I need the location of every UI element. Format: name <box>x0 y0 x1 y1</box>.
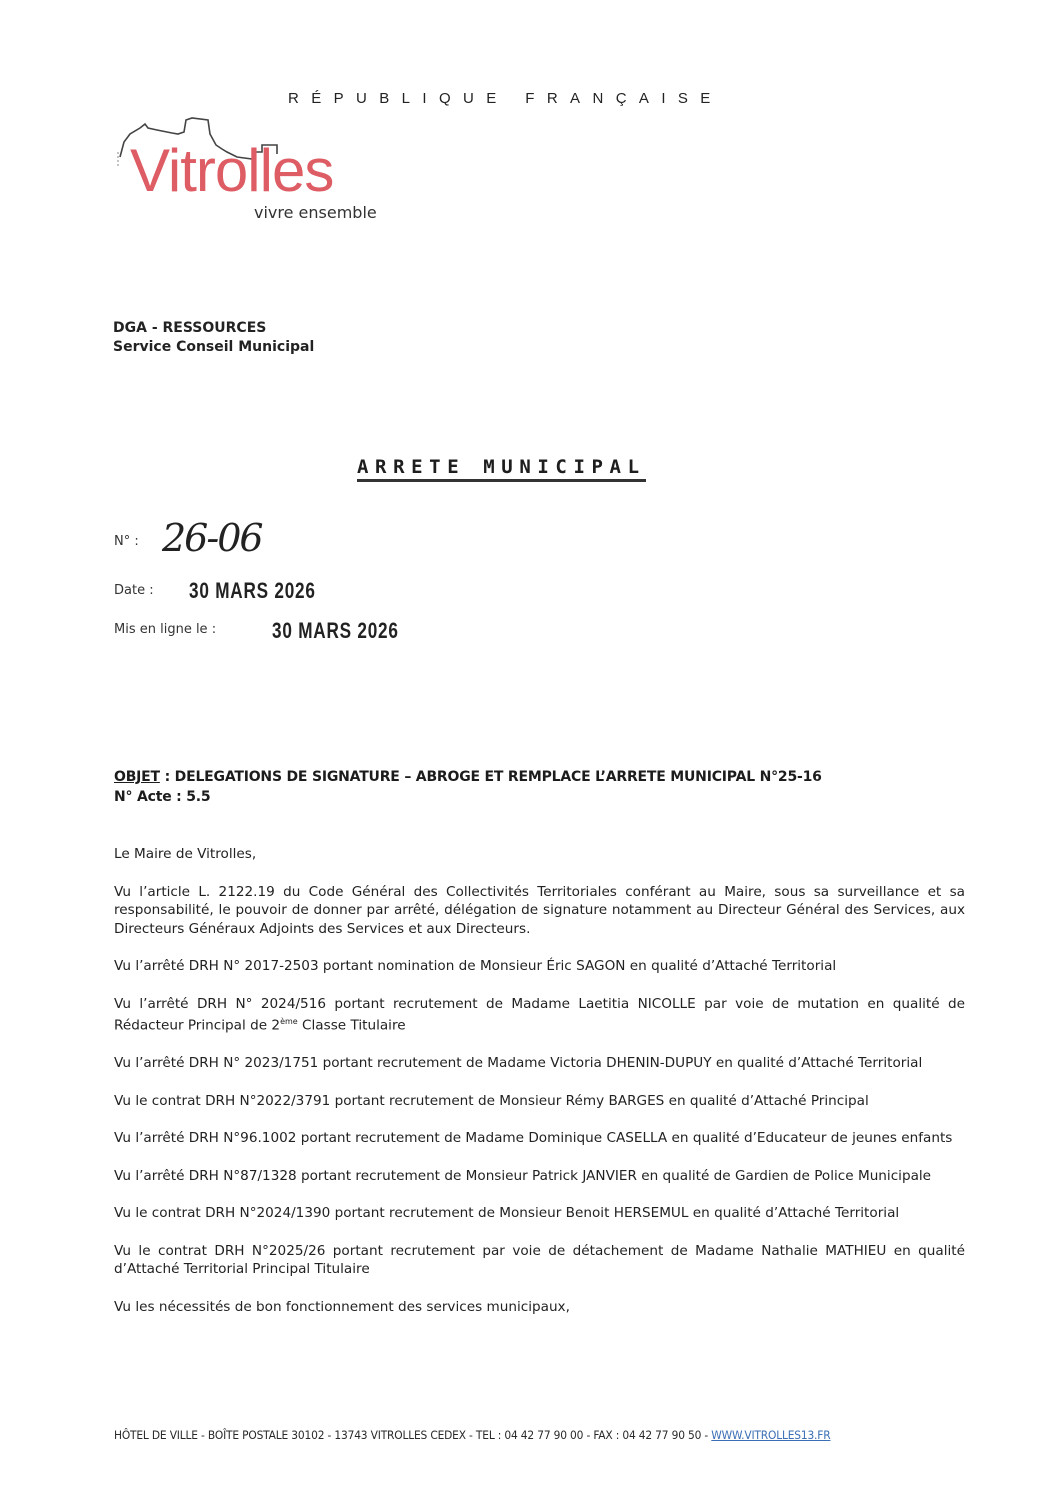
service-line-2: Service Conseil Municipal <box>113 338 314 357</box>
logo-wordmark: Vitrolles <box>130 136 333 205</box>
footer-address: HÔTEL DE VILLE - BOÎTE POSTALE 30102 - 1… <box>114 1428 830 1442</box>
online-label: Mis en ligne le : <box>114 622 216 637</box>
body-paragraph: Vu l’arrêté DRH N°96.1002 portant recrut… <box>114 1129 965 1148</box>
service-line-1: DGA - RESSOURCES <box>113 319 314 338</box>
body-paragraph: Vu le contrat DRH N°2025/26 portant recr… <box>114 1242 965 1279</box>
number-handwritten: 26-06 <box>162 516 262 560</box>
body-paragraph: Vu l’article L. 2122.19 du Code Général … <box>114 883 965 939</box>
objet-block: OBJET : DELEGATIONS DE SIGNATURE – ABROG… <box>114 767 984 807</box>
document-title: ARRETE MUNICIPAL <box>357 455 646 482</box>
body-paragraph: Vu l’arrêté DRH N° 2024/516 portant recr… <box>114 995 965 1036</box>
body-paragraph: Vu les nécessités de bon fonctionnement … <box>114 1298 965 1317</box>
objet-label: OBJET <box>114 769 160 785</box>
online-stamp: 30 MARS 2026 <box>272 618 399 644</box>
body-paragraph: Vu le contrat DRH N°2022/3791 portant re… <box>114 1092 965 1111</box>
service-block: DGA - RESSOURCES Service Conseil Municip… <box>113 319 314 357</box>
website-link[interactable]: WWW.VITROLLES13.FR <box>711 1428 830 1442</box>
objet-line: OBJET : DELEGATIONS DE SIGNATURE – ABROG… <box>114 767 984 787</box>
acte-number: N° Acte : 5.5 <box>114 787 984 807</box>
date-label: Date : <box>114 583 154 598</box>
footer-address-text: HÔTEL DE VILLE - BOÎTE POSTALE 30102 - 1… <box>114 1428 711 1442</box>
date-stamp: 30 MARS 2026 <box>189 578 316 604</box>
body-paragraph: Vu l’arrêté DRH N° 2017-2503 portant nom… <box>114 957 965 976</box>
intro-line: Le Maire de Vitrolles, <box>114 845 965 864</box>
body-paragraph: Vu l’arrêté DRH N°87/1328 portant recrut… <box>114 1167 965 1186</box>
body-paragraph: Vu le contrat DRH N°2024/1390 portant re… <box>114 1204 965 1223</box>
body-paragraph: Vu l’arrêté DRH N° 2023/1751 portant rec… <box>114 1054 965 1073</box>
number-label: N° : <box>114 534 139 549</box>
logo-tagline: vivre ensemble <box>254 203 377 222</box>
republique-francaise-header: RÉPUBLIQUE FRANÇAISE <box>288 90 723 107</box>
document-body: Le Maire de Vitrolles, Vu l’article L. 2… <box>114 845 965 1335</box>
objet-text: : DELEGATIONS DE SIGNATURE – ABROGE ET R… <box>160 769 822 785</box>
